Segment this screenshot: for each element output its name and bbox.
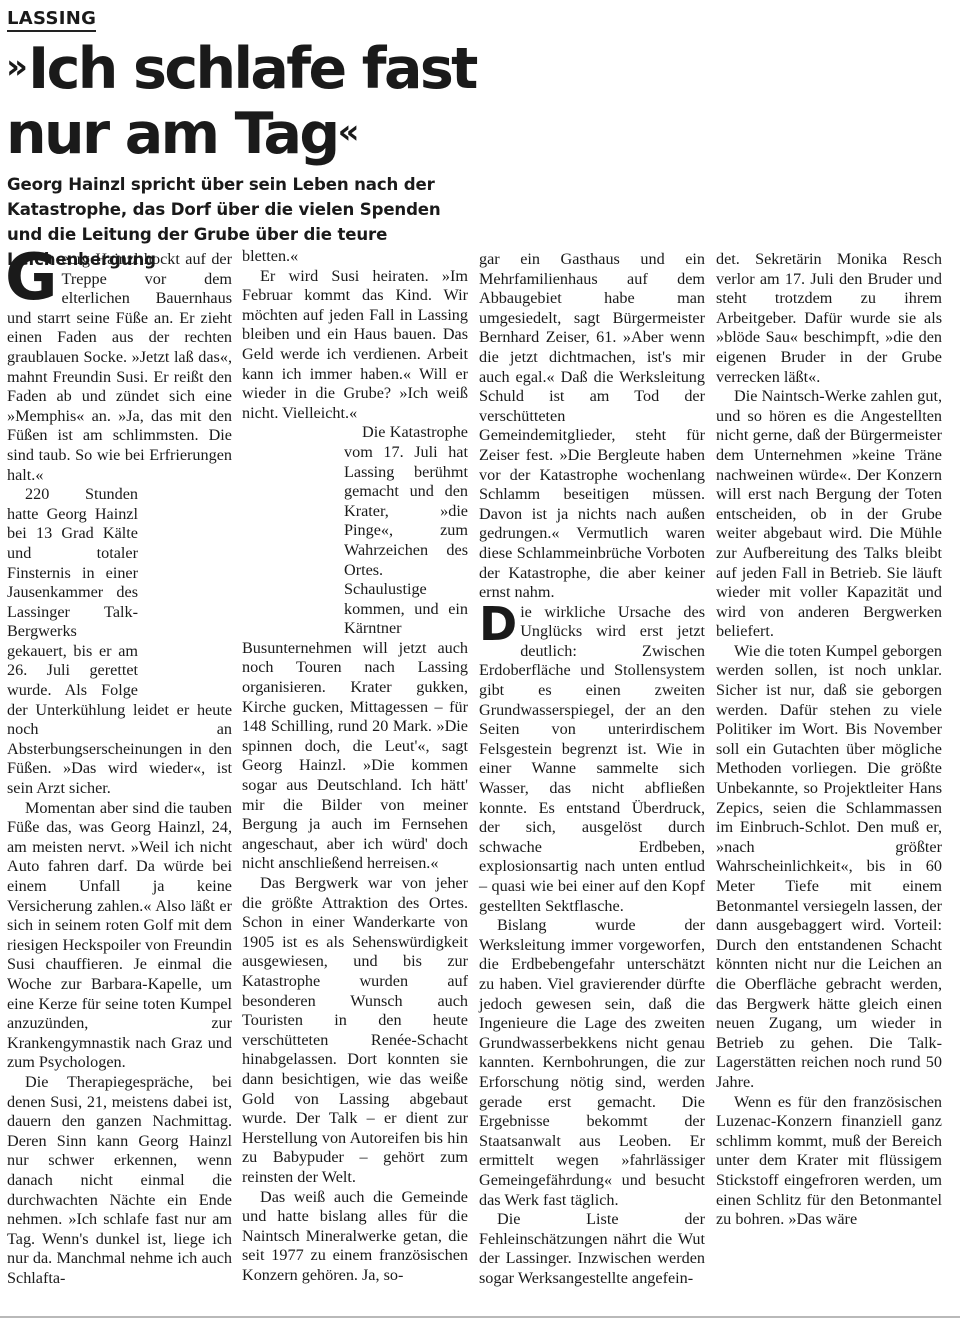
footer-divider (0, 1316, 960, 1318)
paragraph: det. Sekretärin Monika Resch verlor am 1… (716, 250, 942, 387)
paragraph: Bislang wurde der Werksleitung immer vor… (479, 916, 705, 1210)
paragraph: Das Bergwerk war von jeher die größte At… (242, 874, 468, 1188)
headline: »Ich schlafe fast nur am Tag« (6, 36, 476, 166)
section-kicker: LASSING (7, 9, 96, 32)
paragraph: Wenn es für den französischen Luzenac-Ko… (716, 1093, 942, 1230)
paragraph: Die Katastrophe vom 17. Juli hat Lassing… (242, 423, 468, 874)
headline-line-1: Ich schlafe fast (28, 36, 476, 102)
column-3: gar ein Gasthaus und ein Mehrfamilienhau… (479, 250, 705, 1288)
column-1: Georg Hainzl hockt auf der Treppe vor de… (7, 250, 232, 1288)
paragraph: Momentan aber sind die tauben Füße das, … (7, 799, 232, 1073)
paragraph: Georg Hainzl hockt auf der Treppe vor de… (7, 250, 232, 485)
headline-open-quote: » (6, 47, 28, 87)
column-4: det. Sekretärin Monika Resch verlor am 1… (716, 250, 942, 1230)
column-2: bletten.« Er wird Susi heiraten. »Im Feb… (242, 247, 468, 1285)
drop-cap: D (479, 605, 517, 643)
paragraph: Das weiß auch die Gemeinde und hatte bis… (242, 1188, 468, 1286)
headline-close-quote: « (338, 112, 360, 152)
paragraph: bletten.« (242, 247, 468, 267)
image-placeholder (242, 423, 342, 637)
paragraph: gar ein Gasthaus und ein Mehrfamilienhau… (479, 250, 705, 603)
paragraph: 220 Stunden hatte Georg Hainzl bei 13 Gr… (7, 485, 232, 799)
paragraph: Die wirkliche Ursache des Unglücks wird … (479, 603, 705, 917)
paragraph: Die Therapiegespräche, bei denen Susi, 2… (7, 1073, 232, 1289)
paragraph: Wie die toten Kumpel geborgen werden sol… (716, 642, 942, 1093)
paragraph: Er wird Susi heiraten. »Im Februar kommt… (242, 267, 468, 424)
headline-line-2: nur am Tag (6, 101, 338, 167)
paragraph: Die Liste der Fehleinschätzungen nährt d… (479, 1210, 705, 1288)
image-placeholder (138, 485, 232, 699)
paragraph: Die Naintsch-Werke zahlen gut, und so hö… (716, 387, 942, 642)
drop-cap: G (5, 252, 58, 304)
